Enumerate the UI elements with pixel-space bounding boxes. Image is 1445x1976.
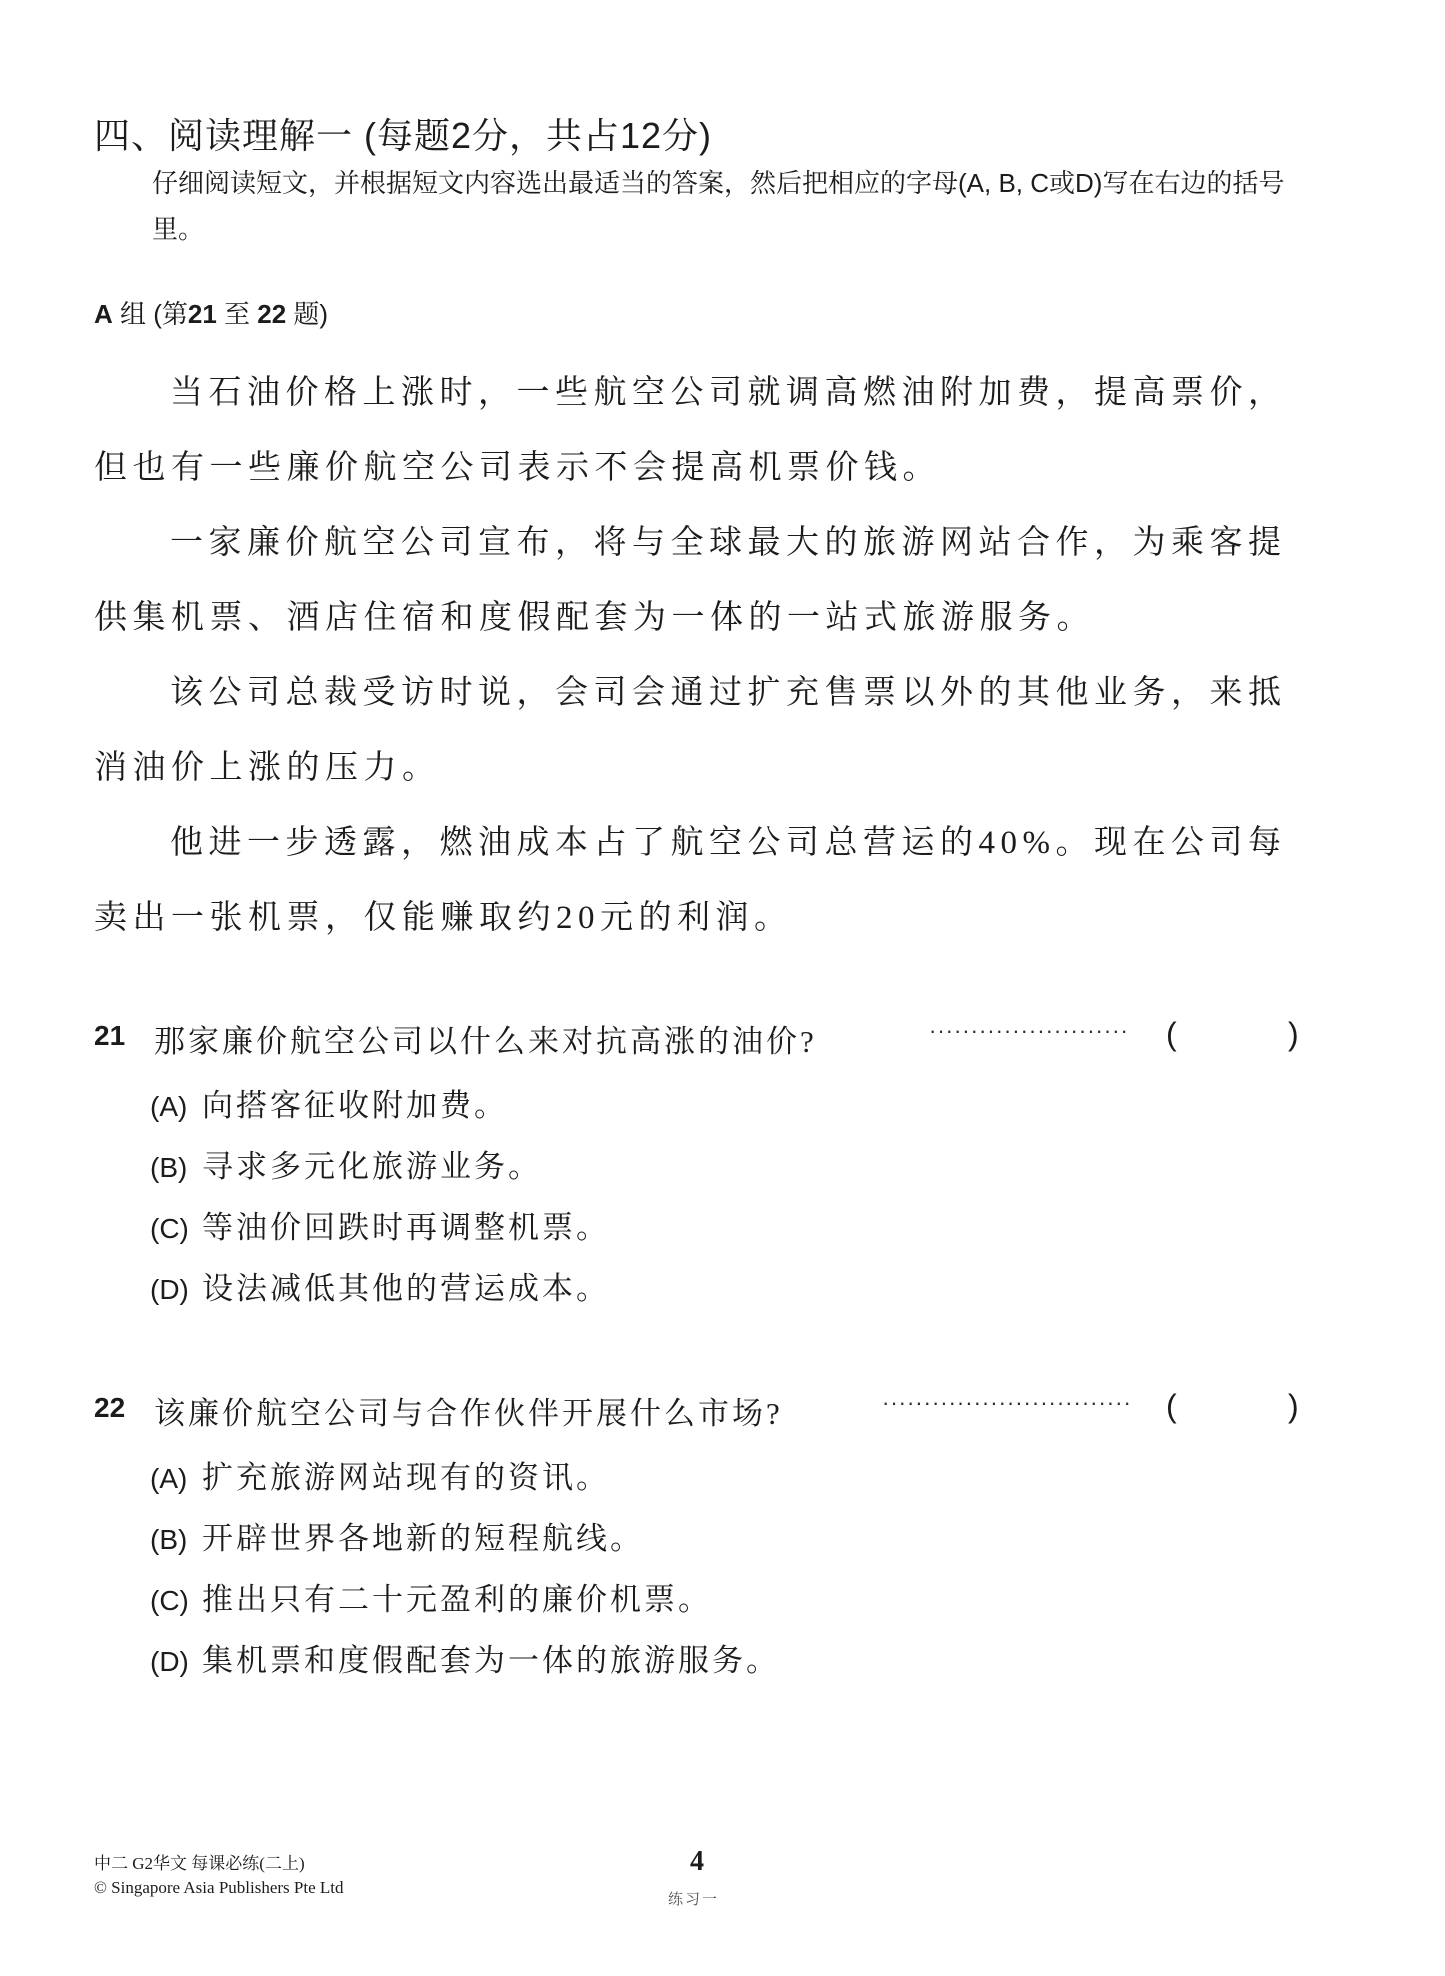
- option-a[interactable]: (A) 向搭客征收附加费。: [150, 1080, 1334, 1141]
- option-text: 寻求多元化旅游业务。: [202, 1141, 542, 1186]
- group-label: A 组 (第21 至 22 题): [94, 294, 328, 331]
- passage-paragraph: 当石油价格上涨时，一些航空公司就调高燃油附加费，提高票价，但也有一些廉价航空公司…: [94, 356, 1314, 506]
- question-stem: 21 那家廉价航空公司以什么来对抗高涨的油价? ················…: [94, 1016, 1334, 1066]
- option-c[interactable]: (C) 等油价回跌时再调整机票。: [150, 1202, 1334, 1263]
- answer-bracket-open: (: [1166, 1388, 1177, 1425]
- option-text: 设法减低其他的营运成本。: [202, 1263, 610, 1308]
- footer-copyright: © Singapore Asia Publishers Pte Ltd: [94, 1876, 344, 1900]
- group-label-prefix: 组 (第: [113, 299, 188, 329]
- page-number: 4: [690, 1846, 704, 1878]
- passage-paragraph: 一家廉价航空公司宣布，将与全球最大的旅游网站合作，为乘客提供集机票、酒店住宿和度…: [94, 506, 1314, 656]
- passage-paragraph: 该公司总裁受访时说，会司会通过扩充售票以外的其他业务，来抵消油价上涨的压力。: [94, 656, 1314, 806]
- question-text: 该廉价航空公司与合作伙伴开展什么市场?: [154, 1388, 783, 1433]
- question-number: 21: [94, 1020, 125, 1052]
- option-b[interactable]: (B) 开辟世界各地新的短程航线。: [150, 1513, 1334, 1574]
- option-text: 等油价回跌时再调整机票。: [202, 1202, 610, 1247]
- option-letter: (C): [150, 1585, 202, 1617]
- question-text: 那家廉价航空公司以什么来对抗高涨的油价?: [154, 1016, 817, 1061]
- option-letter: (C): [150, 1213, 202, 1245]
- question-number: 22: [94, 1392, 125, 1424]
- section-instructions: 仔细阅读短文，并根据短文内容选出最适当的答案，然后把相应的字母(A, B, C或…: [152, 160, 1312, 252]
- group-label-middle: 至: [217, 299, 257, 329]
- exercise-label: 练习一: [668, 1888, 719, 1909]
- options-list: (A) 向搭客征收附加费。 (B) 寻求多元化旅游业务。 (C) 等油价回跌时再…: [94, 1080, 1334, 1324]
- question-stem: 22 该廉价航空公司与合作伙伴开展什么市场? ·················…: [94, 1388, 1334, 1438]
- option-text: 集机票和度假配套为一体的旅游服务。: [202, 1635, 780, 1680]
- passage-paragraph: 他进一步透露，燃油成本占了航空公司总营运的40%。现在公司每卖出一张机票，仅能赚…: [94, 806, 1314, 956]
- option-a[interactable]: (A) 扩充旅游网站现有的资讯。: [150, 1452, 1334, 1513]
- option-b[interactable]: (B) 寻求多元化旅游业务。: [150, 1141, 1334, 1202]
- option-letter: (B): [150, 1152, 202, 1184]
- question-21: 21 那家廉价航空公司以什么来对抗高涨的油价? ················…: [94, 1016, 1334, 1324]
- group-start-number: 21: [188, 299, 217, 329]
- answer-bracket-open: (: [1166, 1016, 1177, 1053]
- reading-passage: 当石油价格上涨时，一些航空公司就调高燃油附加费，提高票价，但也有一些廉价航空公司…: [94, 356, 1314, 956]
- option-text: 扩充旅游网站现有的资讯。: [202, 1452, 610, 1497]
- option-text: 开辟世界各地新的短程航线。: [202, 1513, 644, 1558]
- answer-bracket-close: ): [1288, 1016, 1299, 1053]
- group-end-number: 22: [257, 299, 286, 329]
- option-text: 推出只有二十元盈利的廉价机票。: [202, 1574, 712, 1619]
- option-text: 向搭客征收附加费。: [202, 1080, 508, 1125]
- dotted-leader: ······························: [882, 1390, 1132, 1416]
- footer-book-title: 中二 G2华文 每课必练(二上): [94, 1852, 344, 1876]
- footer-publisher-info: 中二 G2华文 每课必练(二上) © Singapore Asia Publis…: [94, 1852, 344, 1900]
- option-letter: (B): [150, 1524, 202, 1556]
- option-d[interactable]: (D) 集机票和度假配套为一体的旅游服务。: [150, 1635, 1334, 1696]
- answer-blank[interactable]: [1186, 1388, 1284, 1432]
- question-22: 22 该廉价航空公司与合作伙伴开展什么市场? ·················…: [94, 1388, 1334, 1696]
- option-letter: (D): [150, 1646, 202, 1678]
- options-list: (A) 扩充旅游网站现有的资讯。 (B) 开辟世界各地新的短程航线。 (C) 推…: [94, 1452, 1334, 1696]
- section-title: 四、阅读理解一 (每题2分，共占12分): [94, 108, 712, 159]
- option-letter: (A): [150, 1091, 202, 1123]
- answer-blank[interactable]: [1186, 1016, 1284, 1060]
- option-letter: (D): [150, 1274, 202, 1306]
- option-c[interactable]: (C) 推出只有二十元盈利的廉价机票。: [150, 1574, 1334, 1635]
- option-letter: (A): [150, 1463, 202, 1495]
- answer-bracket-close: ): [1288, 1388, 1299, 1425]
- group-label-suffix: 题): [286, 299, 328, 329]
- option-d[interactable]: (D) 设法减低其他的营运成本。: [150, 1263, 1334, 1324]
- group-letter: A: [94, 299, 113, 329]
- dotted-leader: ························: [929, 1018, 1129, 1044]
